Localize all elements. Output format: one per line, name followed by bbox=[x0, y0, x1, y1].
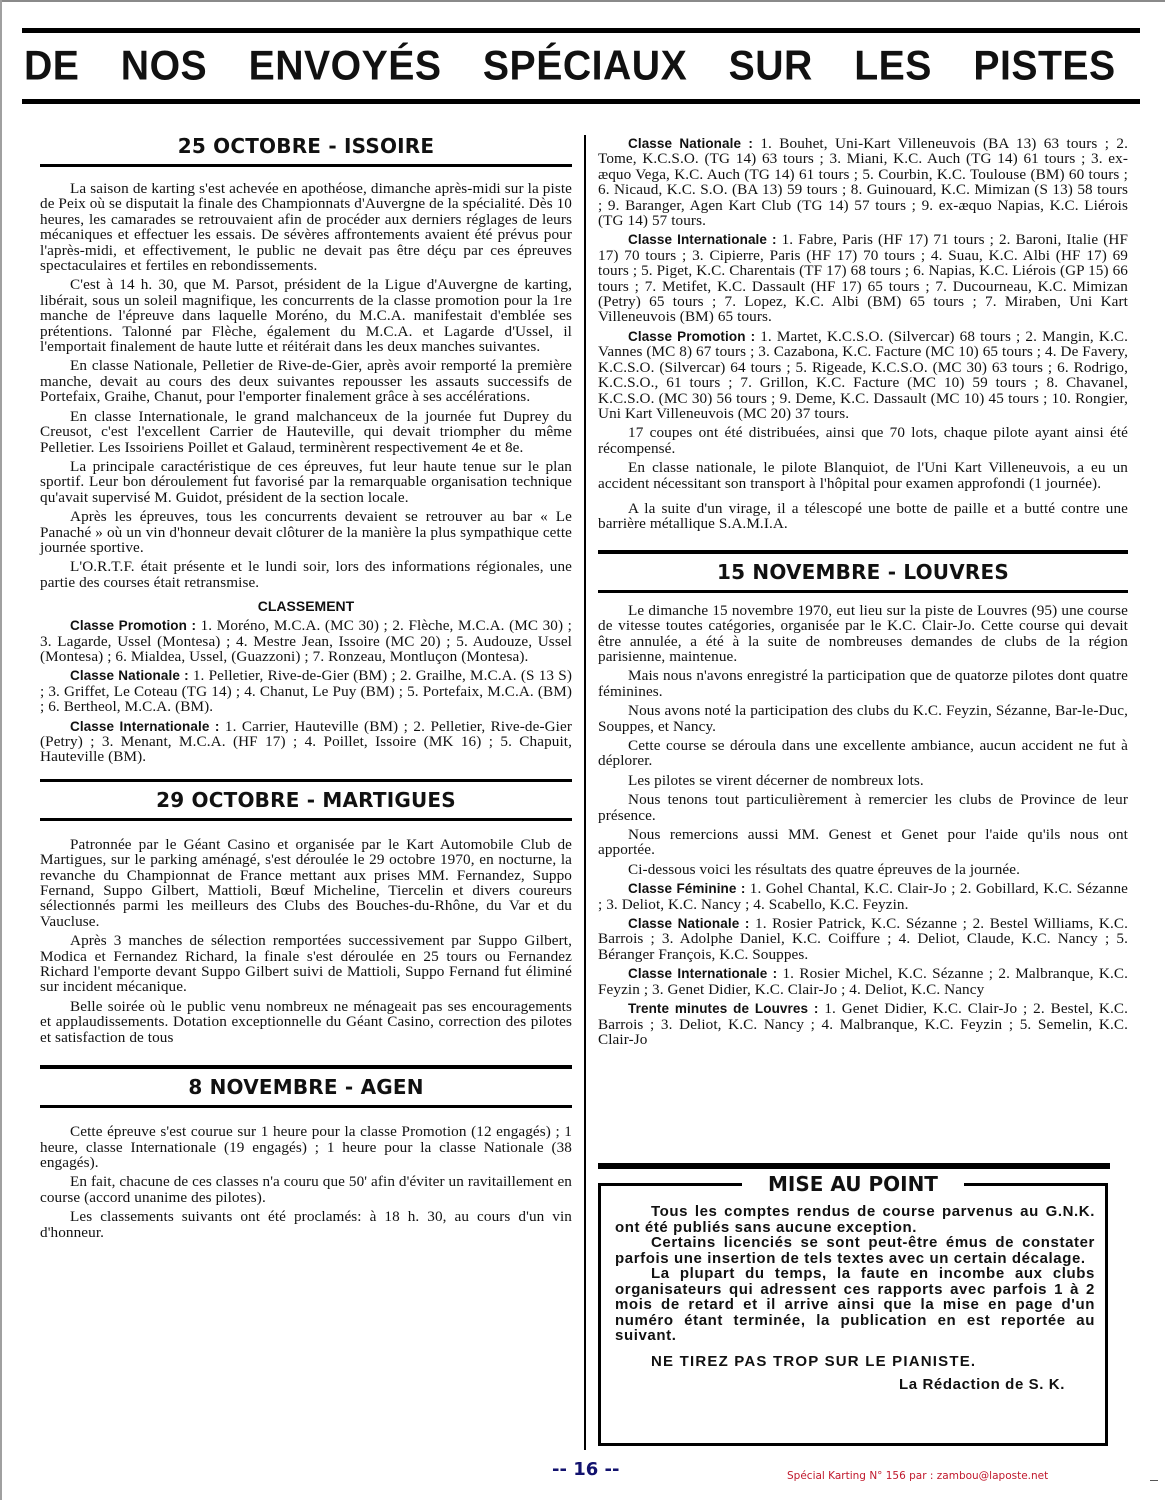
class-label: Classe Féminine : bbox=[628, 881, 745, 896]
article-louvres: 15 NOVEMBRE - LOUVRES Le dimanche 15 nov… bbox=[598, 550, 1128, 1048]
page-number: -- 16 -- bbox=[552, 1459, 619, 1480]
paragraph: Mais nous n'avons enregistré la particip… bbox=[598, 668, 1128, 699]
result-entry: Classe Nationale : 1. Rosier Patrick, K.… bbox=[598, 916, 1128, 962]
box-paragraph: La plupart du temps, la faute en incombe… bbox=[615, 1266, 1095, 1344]
paragraph: En classe Internationale, le grand malch… bbox=[40, 409, 572, 455]
result-entry: Trente minutes de Louvres : 1. Genet Did… bbox=[598, 1001, 1128, 1047]
masthead-word: SPÉCIAUX bbox=[483, 42, 687, 89]
class-label: Classe Nationale : bbox=[628, 916, 749, 931]
box-paragraph: Certains licenciés se sont peut-être ému… bbox=[615, 1235, 1095, 1266]
classement-heading: CLASSEMENT bbox=[40, 598, 572, 614]
scan-credit: Spécial Karting N° 156 par : zambou@lapo… bbox=[787, 1470, 1048, 1482]
paragraph: Après les épreuves, tous les concurrents… bbox=[40, 509, 572, 555]
box-paragraph: Tous les comptes rendus de course parven… bbox=[615, 1204, 1095, 1235]
box-slogan: NE TIREZ PAS TROP SUR LE PIANISTE. bbox=[615, 1354, 1095, 1370]
paragraph: Belle soirée où le public venu nombreux … bbox=[40, 999, 572, 1045]
class-label: Classe Internationale : bbox=[628, 966, 777, 981]
paragraph: Le dimanche 15 novembre 1970, eut lieu s… bbox=[598, 603, 1128, 665]
masthead-word: ENVOYÉS bbox=[249, 42, 442, 89]
paragraph: Nous tenons tout particulièrement à reme… bbox=[598, 792, 1128, 823]
page-frame-left bbox=[0, 0, 2, 1500]
result-entry: Classe Internationale : 1. Rosier Michel… bbox=[598, 966, 1128, 997]
masthead-word: NOS bbox=[121, 42, 207, 89]
paragraph: C'est à 14 h. 30, que M. Parsot, préside… bbox=[40, 277, 572, 354]
credit-dash bbox=[1150, 1480, 1158, 1481]
paragraph: 17 coupes ont été distribuées, ainsi que… bbox=[598, 425, 1128, 456]
mise-au-point-box: MISE AU POINT Tous les comptes rendus de… bbox=[598, 1183, 1108, 1446]
section-title-martigues: 29 OCTOBRE - MARTIGUES bbox=[40, 782, 572, 818]
class-label: Trente minutes de Louvres : bbox=[628, 1001, 818, 1016]
paragraph: Patronnée par le Géant Casino et organis… bbox=[40, 837, 572, 929]
box-title-text: MISE AU POINT bbox=[742, 1172, 964, 1196]
section-title-issoire: 25 OCTOBRE - ISSOIRE bbox=[40, 128, 572, 164]
right-column: Classe Nationale : 1. Bouhet, Uni-Kart V… bbox=[598, 136, 1128, 1051]
masthead: DE NOS ENVOYÉS SPÉCIAUX SUR LES PISTES bbox=[22, 28, 1140, 104]
box-signature: La Rédaction de S. K. bbox=[615, 1377, 1095, 1393]
class-label: Classe Nationale : bbox=[628, 136, 753, 151]
paragraph: Cette épreuve s'est courue sur 1 heure p… bbox=[40, 1124, 572, 1170]
article-agen: 8 NOVEMBRE - AGEN Cette épreuve s'est co… bbox=[40, 1065, 572, 1240]
class-label: Classe Nationale : bbox=[70, 668, 189, 683]
article-martigues: 29 OCTOBRE - MARTIGUES Patronnée par le … bbox=[40, 779, 572, 1045]
paragraph: Les classements suivants ont été proclam… bbox=[40, 1209, 572, 1240]
result-entry: Classe Promotion : 1. Martet, K.C.S.O. (… bbox=[598, 329, 1128, 421]
paragraph: Après 3 manches de sélection remportées … bbox=[40, 933, 572, 995]
left-column: 25 OCTOBRE - ISSOIRE La saison de kartin… bbox=[40, 128, 572, 1244]
paragraph: La saison de karting s'est achevée en ap… bbox=[40, 181, 572, 273]
result-entry: Classe Internationale : 1. Fabre, Paris … bbox=[598, 232, 1128, 324]
class-label: Classe Promotion : bbox=[628, 329, 755, 344]
paragraph: A la suite d'un virage, il a télescopé u… bbox=[598, 501, 1128, 532]
section-title-agen: 8 NOVEMBRE - AGEN bbox=[40, 1069, 572, 1105]
masthead-word: SUR bbox=[729, 42, 813, 89]
paragraph: En classe nationale, le pilote Blanquiot… bbox=[598, 460, 1128, 491]
article-agen-continued: Classe Nationale : 1. Bouhet, Uni-Kart V… bbox=[598, 136, 1128, 532]
box-title: MISE AU POINT bbox=[601, 1172, 1105, 1196]
masthead-title: DE NOS ENVOYÉS SPÉCIAUX SUR LES PISTES bbox=[22, 33, 1118, 99]
paragraph: La principale caractéristique de ces épr… bbox=[40, 459, 572, 505]
paragraph: En classe Nationale, Pelletier de Rive-d… bbox=[40, 358, 572, 404]
masthead-word: DE bbox=[24, 42, 79, 89]
paragraph: Les pilotes se virent décerner de nombre… bbox=[598, 773, 1128, 788]
paragraph: Nous avons noté la participation des clu… bbox=[598, 703, 1128, 734]
masthead-word: LES bbox=[854, 42, 932, 89]
class-label: Classe Internationale : bbox=[628, 232, 777, 247]
paragraph: Ci-dessous voici les résultats des quatr… bbox=[598, 862, 1128, 877]
article-issoire: 25 OCTOBRE - ISSOIRE La saison de kartin… bbox=[40, 128, 572, 765]
class-label: Classe Promotion : bbox=[70, 618, 196, 633]
result-entry: Classe Nationale : 1. Pelletier, Rive-de… bbox=[40, 668, 572, 714]
paragraph: Nous remercions aussi MM. Genest et Gene… bbox=[598, 827, 1128, 858]
result-entry: Classe Féminine : 1. Gohel Chantal, K.C.… bbox=[598, 881, 1128, 912]
masthead-word: PISTES bbox=[973, 42, 1115, 89]
column-divider bbox=[584, 135, 586, 1450]
masthead-rule-bottom bbox=[22, 99, 1140, 104]
result-entry: Classe Internationale : 1. Carrier, Haut… bbox=[40, 719, 572, 765]
page-frame-top bbox=[0, 0, 1165, 2]
section-rule bbox=[598, 1163, 1110, 1169]
result-entry: Classe Promotion : 1. Moréno, M.C.A. (MC… bbox=[40, 618, 572, 664]
class-label: Classe Internationale : bbox=[70, 719, 219, 734]
result-entry: Classe Nationale : 1. Bouhet, Uni-Kart V… bbox=[598, 136, 1128, 228]
section-title-louvres: 15 NOVEMBRE - LOUVRES bbox=[598, 554, 1128, 590]
paragraph: En fait, chacune de ces classes n'a cour… bbox=[40, 1174, 572, 1205]
paragraph: Cette course se déroula dans une excelle… bbox=[598, 738, 1128, 769]
paragraph: L'O.R.T.F. était présente et le lundi so… bbox=[40, 559, 572, 590]
